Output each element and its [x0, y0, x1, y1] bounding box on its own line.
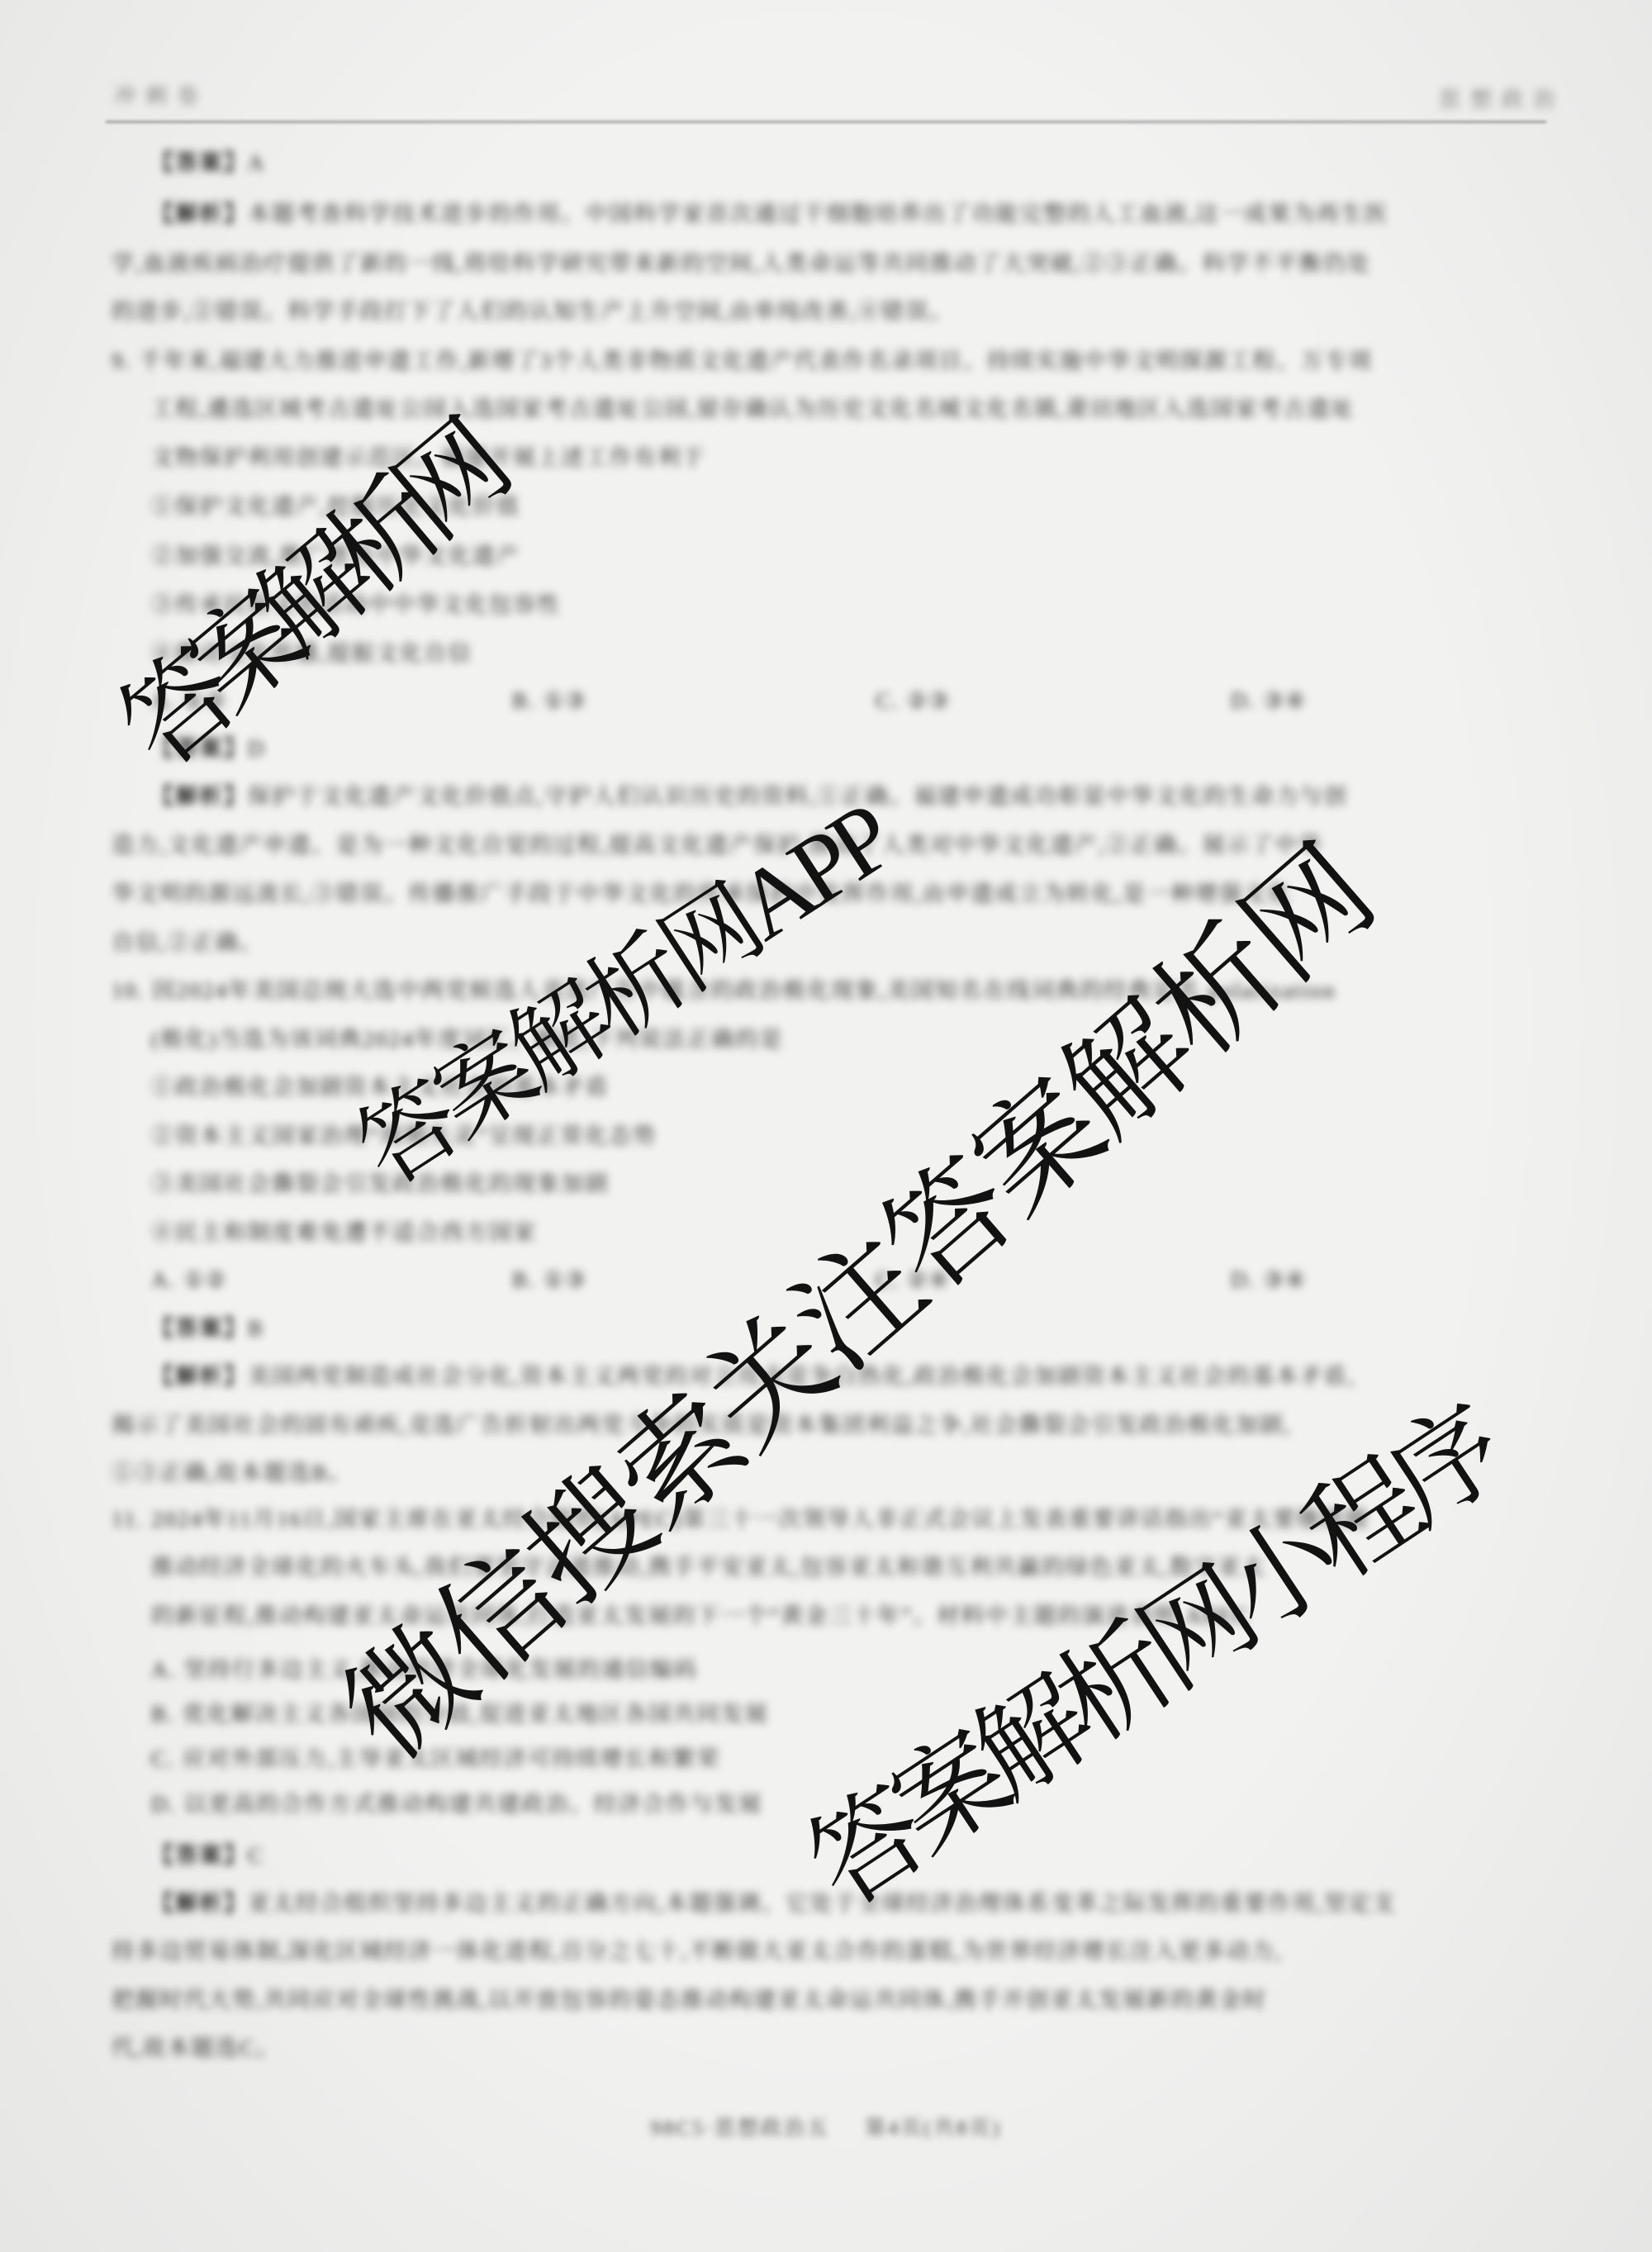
header-rule [106, 121, 1546, 123]
text-line: 9. 千年来,福建大力推进申遗工作,新增了3个人类非物质文化遗产代表作名录项目、… [112, 345, 1543, 377]
text-line: 工程,遴选区域考古遗址公园入选国家考古遗址公园,留存确认为历史文化名城文化名镇,… [151, 393, 1543, 425]
text-line: 【解析】保护于文化遗产文化价值点,守护人们认识历史的资料,①正确。福建申遗成功彰… [151, 781, 1543, 812]
text-line: B. 优化解决主义各国间的分歧,促进亚太地区各国共同发展 [151, 1699, 769, 1730]
text-line: 【解析】本题考查科学技术进步的作用。中国科学家首次通过干细胞培养出了功能完整的人… [151, 198, 1543, 230]
footer-exam-code: 98C5·思想政治五 [650, 2112, 830, 2141]
text-line: 【答案】A [151, 147, 266, 178]
text-line: B. ①③ [512, 685, 587, 716]
text-line: 造力,文化遗产申遗、是为一种文化自觉的过程,提高文化遗产保护,推动了人类对中华文… [112, 829, 1543, 861]
text-line: 【答案】B [151, 1313, 264, 1344]
text-line: C. 应对外部压力,主导亚太区域经济可持续增长和繁荣 [151, 1743, 720, 1775]
text-line: ④民主和制度难免遭不适合西方国家 [151, 1217, 537, 1248]
text-line: 推动经济全球化的火车头,我们要坚守正道推动,携手平安亚太,包容亚太和谐互利共赢的… [151, 1551, 1543, 1583]
text-line: ②资本主义国家治理“周期失灵”呈现正常化态势 [151, 1120, 657, 1152]
header-left-title: 冲刺卷 [114, 79, 208, 110]
text-line: C. ②④ [876, 1264, 951, 1295]
text-line: 【解析】亚太经合组织坚持多边主义的正确方向,本题强调、它处于全球经济治理体系变革… [151, 1888, 1543, 1919]
text-line: D. ③④ [1231, 685, 1307, 716]
text-line: ①政治极化会加剧资本主义社会的基本矛盾 [151, 1071, 610, 1103]
page-footer: 98C5·思想政治五 第4页(共8页) [650, 2112, 1001, 2141]
text-line: 的新征程,推动构建亚太命运共同体,打造亚太发展的下一个“黄金三十年”。材料中主题… [151, 1600, 1543, 1632]
text-line: ①保护文化遗产,挖掘历史文化价值 [151, 491, 520, 522]
text-line: 代,故本题选C。 [112, 2032, 280, 2064]
text-line: 文物保护利用创建示范区。福建开展上述工作有利于 [151, 442, 870, 473]
watermark-text: 微信搜索关注答案解析网 [301, 801, 1403, 1791]
text-line: A. 坚持行多边主义,推动经济全球化发展的通信编码 [151, 1654, 698, 1685]
footer-page-number: 第4页(共8页) [865, 2112, 1002, 2141]
text-line: ④推动文化传播,提振文化自信 [151, 638, 472, 669]
text-line: ③美国社会撕裂会引发政治极化的现象加剧 [151, 1168, 610, 1200]
text-line: A. ①② [151, 1264, 227, 1295]
text-line: 学,血液疾病治疗提供了新的一线,将给科学研究带来新的空间,人类命运等共同推动了大… [112, 248, 1543, 279]
text-line: ①③正确,故本题选B。 [112, 1457, 353, 1489]
text-line: 揭示了美国社会的固有顽疾,竞选广告折射出两党斗争的实质是资本集团利益之争,社会撕… [112, 1409, 1543, 1441]
text-line: 【答案】C [151, 1840, 264, 1871]
text-line: 10. 因2024年美国总统大选中两党候选人竞选广告中蕴含的政治极化现象,美国知… [112, 975, 1553, 1006]
text-line: D. 以更高的合作方式推动构建共建政治、经济合作与发展 [151, 1789, 762, 1820]
document-page: 冲刺卷 思想政治 【答案】A【解析】本题考查科学技术进步的作用。中国科学家首次通… [0, 0, 1652, 2252]
text-line: (极化)当选为该词典2024年度词汇。据此,下列说法正确的是 [151, 1024, 936, 1055]
text-line: ③传承民俗文化活动中中华文化包容性 [151, 589, 561, 620]
watermark-text: 答案解析网小程序 [772, 1365, 1522, 1936]
text-line: 持多边贸易体制,深化区域经济一体化进程,百分之七十,不断做大亚太合作的蛋糕,为世… [112, 1936, 1543, 1967]
text-line: 把握时代大势,共同应对全球性挑战,以开放包容的姿态推动构建亚太命运共同体,携手开… [112, 1984, 1543, 2016]
text-line: 华文明的源远流长,③错误。传播推广手段于中华文化的传承保护中发挥作用,由申遗成立… [112, 878, 1543, 910]
text-line: ②加强交流,推广普及中华文化遗产 [151, 540, 520, 572]
text-line: 【答案】D [151, 733, 266, 764]
header-right-title: 思想政治 [1439, 83, 1564, 113]
text-line: 11. 2024年11月16日,国家主席在亚太经合组织(APEC)第三十一次领导… [112, 1504, 1543, 1535]
text-line: C. ②③ [876, 685, 951, 716]
text-line: A. ①② [151, 685, 227, 716]
text-line: 【解析】美国两党制造成社会分化,资本主义两党的对立攻击竞争白热化,政治极化会加剧… [151, 1361, 1543, 1392]
text-line: 自信,②正确。 [112, 927, 263, 958]
text-line: 的进步,②错误。科学手段打下了人们的认知生产上升空间,由单纯改善,④错误。 [112, 296, 1032, 327]
text-line: B. ①③ [512, 1264, 587, 1295]
text-line: D. ③④ [1231, 1264, 1307, 1295]
